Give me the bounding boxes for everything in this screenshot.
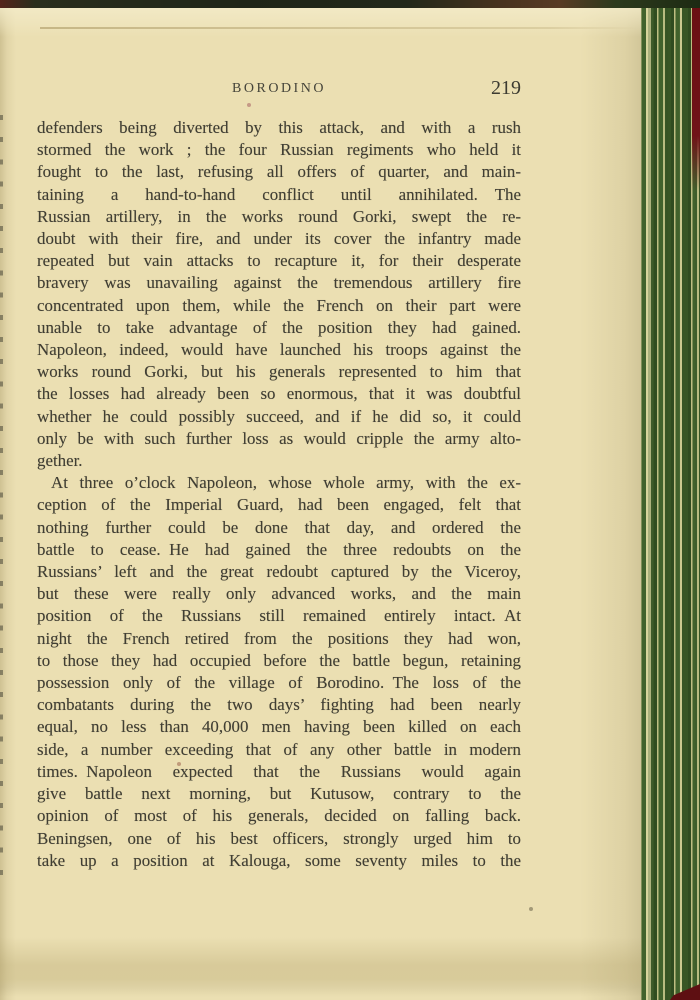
text-line: taining a hand-to-hand conflict until an… [37,184,521,206]
running-head: BORODINO [37,81,521,97]
text-line: possession only of the village of Borodi… [37,672,521,694]
book-cover-edge-top [692,6,700,191]
text-line: opinion of most of his generals, decided… [37,805,521,827]
text-line: take up a position at Kalouga, some seve… [37,850,521,872]
text-line: Russians’ left and the great redoubt cap… [37,561,521,583]
text-line: doubt with their fire, and under its cov… [37,228,521,250]
page-top-crease [40,27,638,29]
page-body-text: defenders being diverted by this attack,… [37,117,521,872]
text-line: Napoleon, indeed, would have launched hi… [37,339,521,361]
text-line: to those they had occupied before the ba… [37,650,521,672]
paper-speck [529,907,533,911]
text-line: concentrated upon them, while the French… [37,295,521,317]
page-number: 219 [491,77,521,100]
paper-speck [247,103,251,107]
fore-edge-highlight [646,0,651,1000]
page-header: BORODINO 219 [37,77,521,101]
text-line: unable to take advantage of the position… [37,317,521,339]
text-line: repeated but vain attacks to recapture i… [37,250,521,272]
text-line: battle to cease. He had gained the three… [37,539,521,561]
text-line: the losses had already been so enormous,… [37,383,521,405]
text-line: Beningsen, one of his best officers, str… [37,828,521,850]
book-page: BORODINO 219 defenders being diverted by… [0,7,641,1000]
text-line: times. Napoleon expected that the Russia… [37,761,521,783]
text-line: bravery was unavailing against the treme… [37,272,521,294]
text-line: At three o’clock Napoleon, whose whole a… [37,472,521,494]
text-line: defenders being diverted by this attack,… [37,117,521,139]
text-line: equal, no less than 40,000 men having be… [37,716,521,738]
text-line: gether. [37,450,521,472]
text-line: position of the Russians still remained … [37,605,521,627]
text-line: night the French retired from the positi… [37,628,521,650]
text-line: works round Gorki, but his generals repr… [37,361,521,383]
text-line: whether he could possibly succeed, and i… [37,406,521,428]
facing-page-text-edge [0,115,3,887]
text-line: side, a number exceeding that of any oth… [37,739,521,761]
book-top-edge [0,0,700,8]
text-line: only be with such further loss as would … [37,428,521,450]
text-line: nothing further could be done that day, … [37,517,521,539]
text-line: combatants during the two days’ fighting… [37,694,521,716]
text-line: give battle next morning, but Kutusow, c… [37,783,521,805]
text-line: stormed the work ; the four Russian regi… [37,139,521,161]
text-line: fought to the last, refusing all offers … [37,161,521,183]
text-line: ception of the Imperial Guard, had been … [37,494,521,516]
paper-speck [177,762,181,766]
text-line: but these were really only advanced work… [37,583,521,605]
text-line: Russian artillery, in the works round Go… [37,206,521,228]
